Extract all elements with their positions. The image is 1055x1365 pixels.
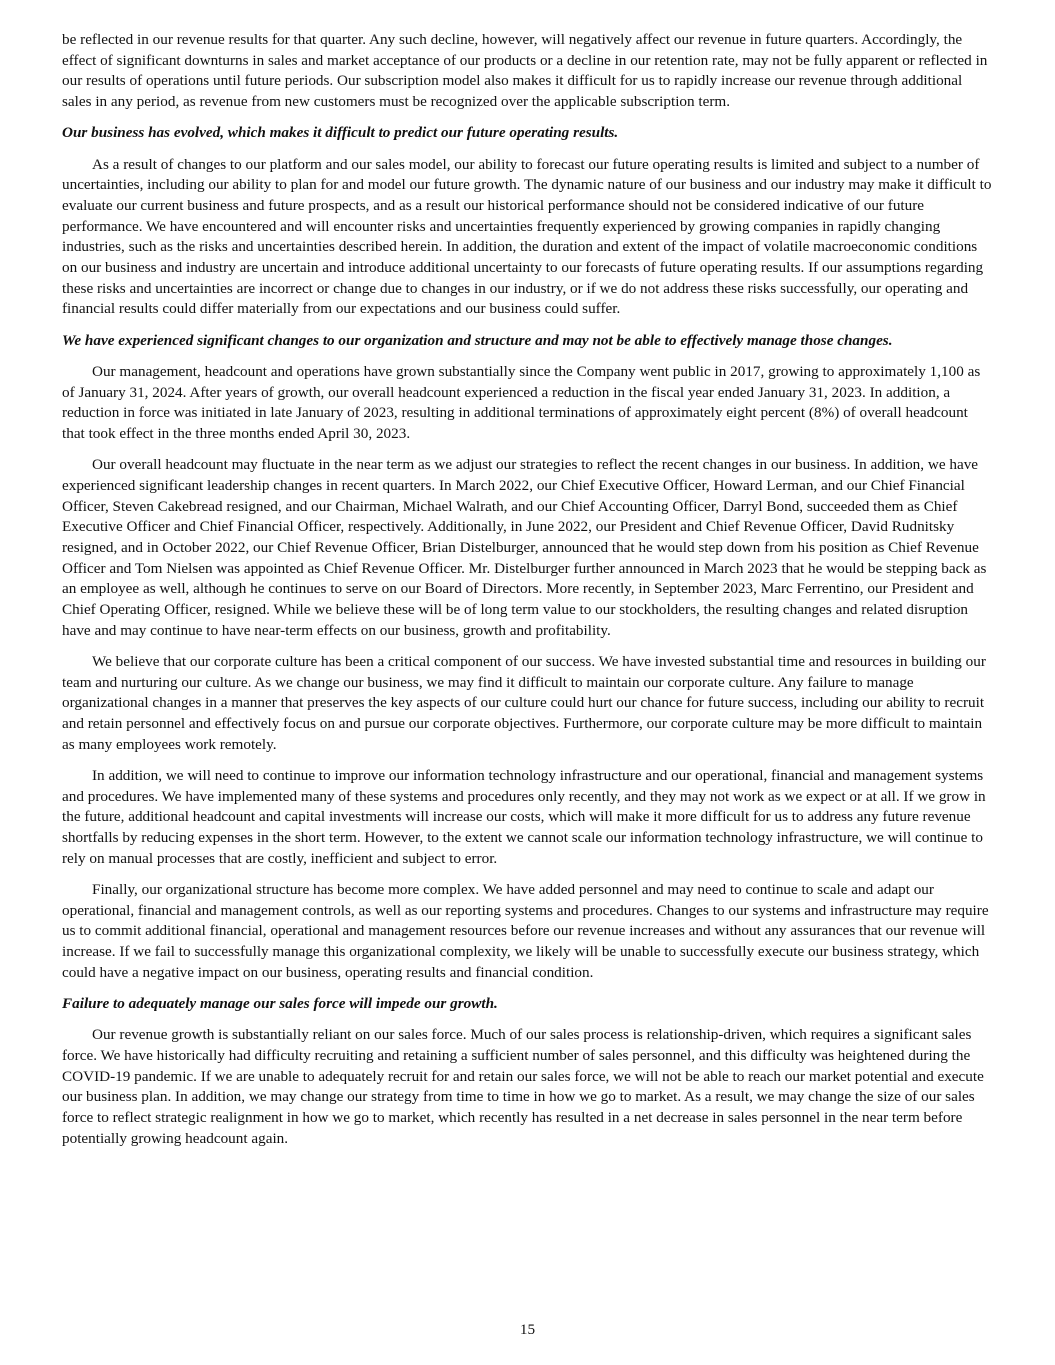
- paragraph-it-infrastructure: In addition, we will need to continue to…: [62, 766, 994, 870]
- paragraph-organizational-complexity: Finally, our organizational structure ha…: [62, 880, 994, 984]
- paragraph-headcount-growth: Our management, headcount and operations…: [62, 362, 994, 445]
- paragraph-corporate-culture: We believe that our corporate culture ha…: [62, 652, 994, 756]
- document-page: be reflected in our revenue results for …: [62, 30, 994, 1149]
- heading-sales-force: Failure to adequately manage our sales f…: [62, 994, 994, 1015]
- heading-organization-changes: We have experienced significant changes …: [62, 331, 994, 352]
- heading-business-evolved: Our business has evolved, which makes it…: [62, 123, 994, 144]
- paragraph-forecast-uncertainty: As a result of changes to our platform a…: [62, 155, 994, 321]
- paragraph-leadership-changes: Our overall headcount may fluctuate in t…: [62, 455, 994, 641]
- paragraph-sales-force-reliance: Our revenue growth is substantially reli…: [62, 1025, 994, 1149]
- page-number: 15: [0, 1320, 1055, 1340]
- paragraph-continued-revenue: be reflected in our revenue results for …: [62, 30, 994, 113]
